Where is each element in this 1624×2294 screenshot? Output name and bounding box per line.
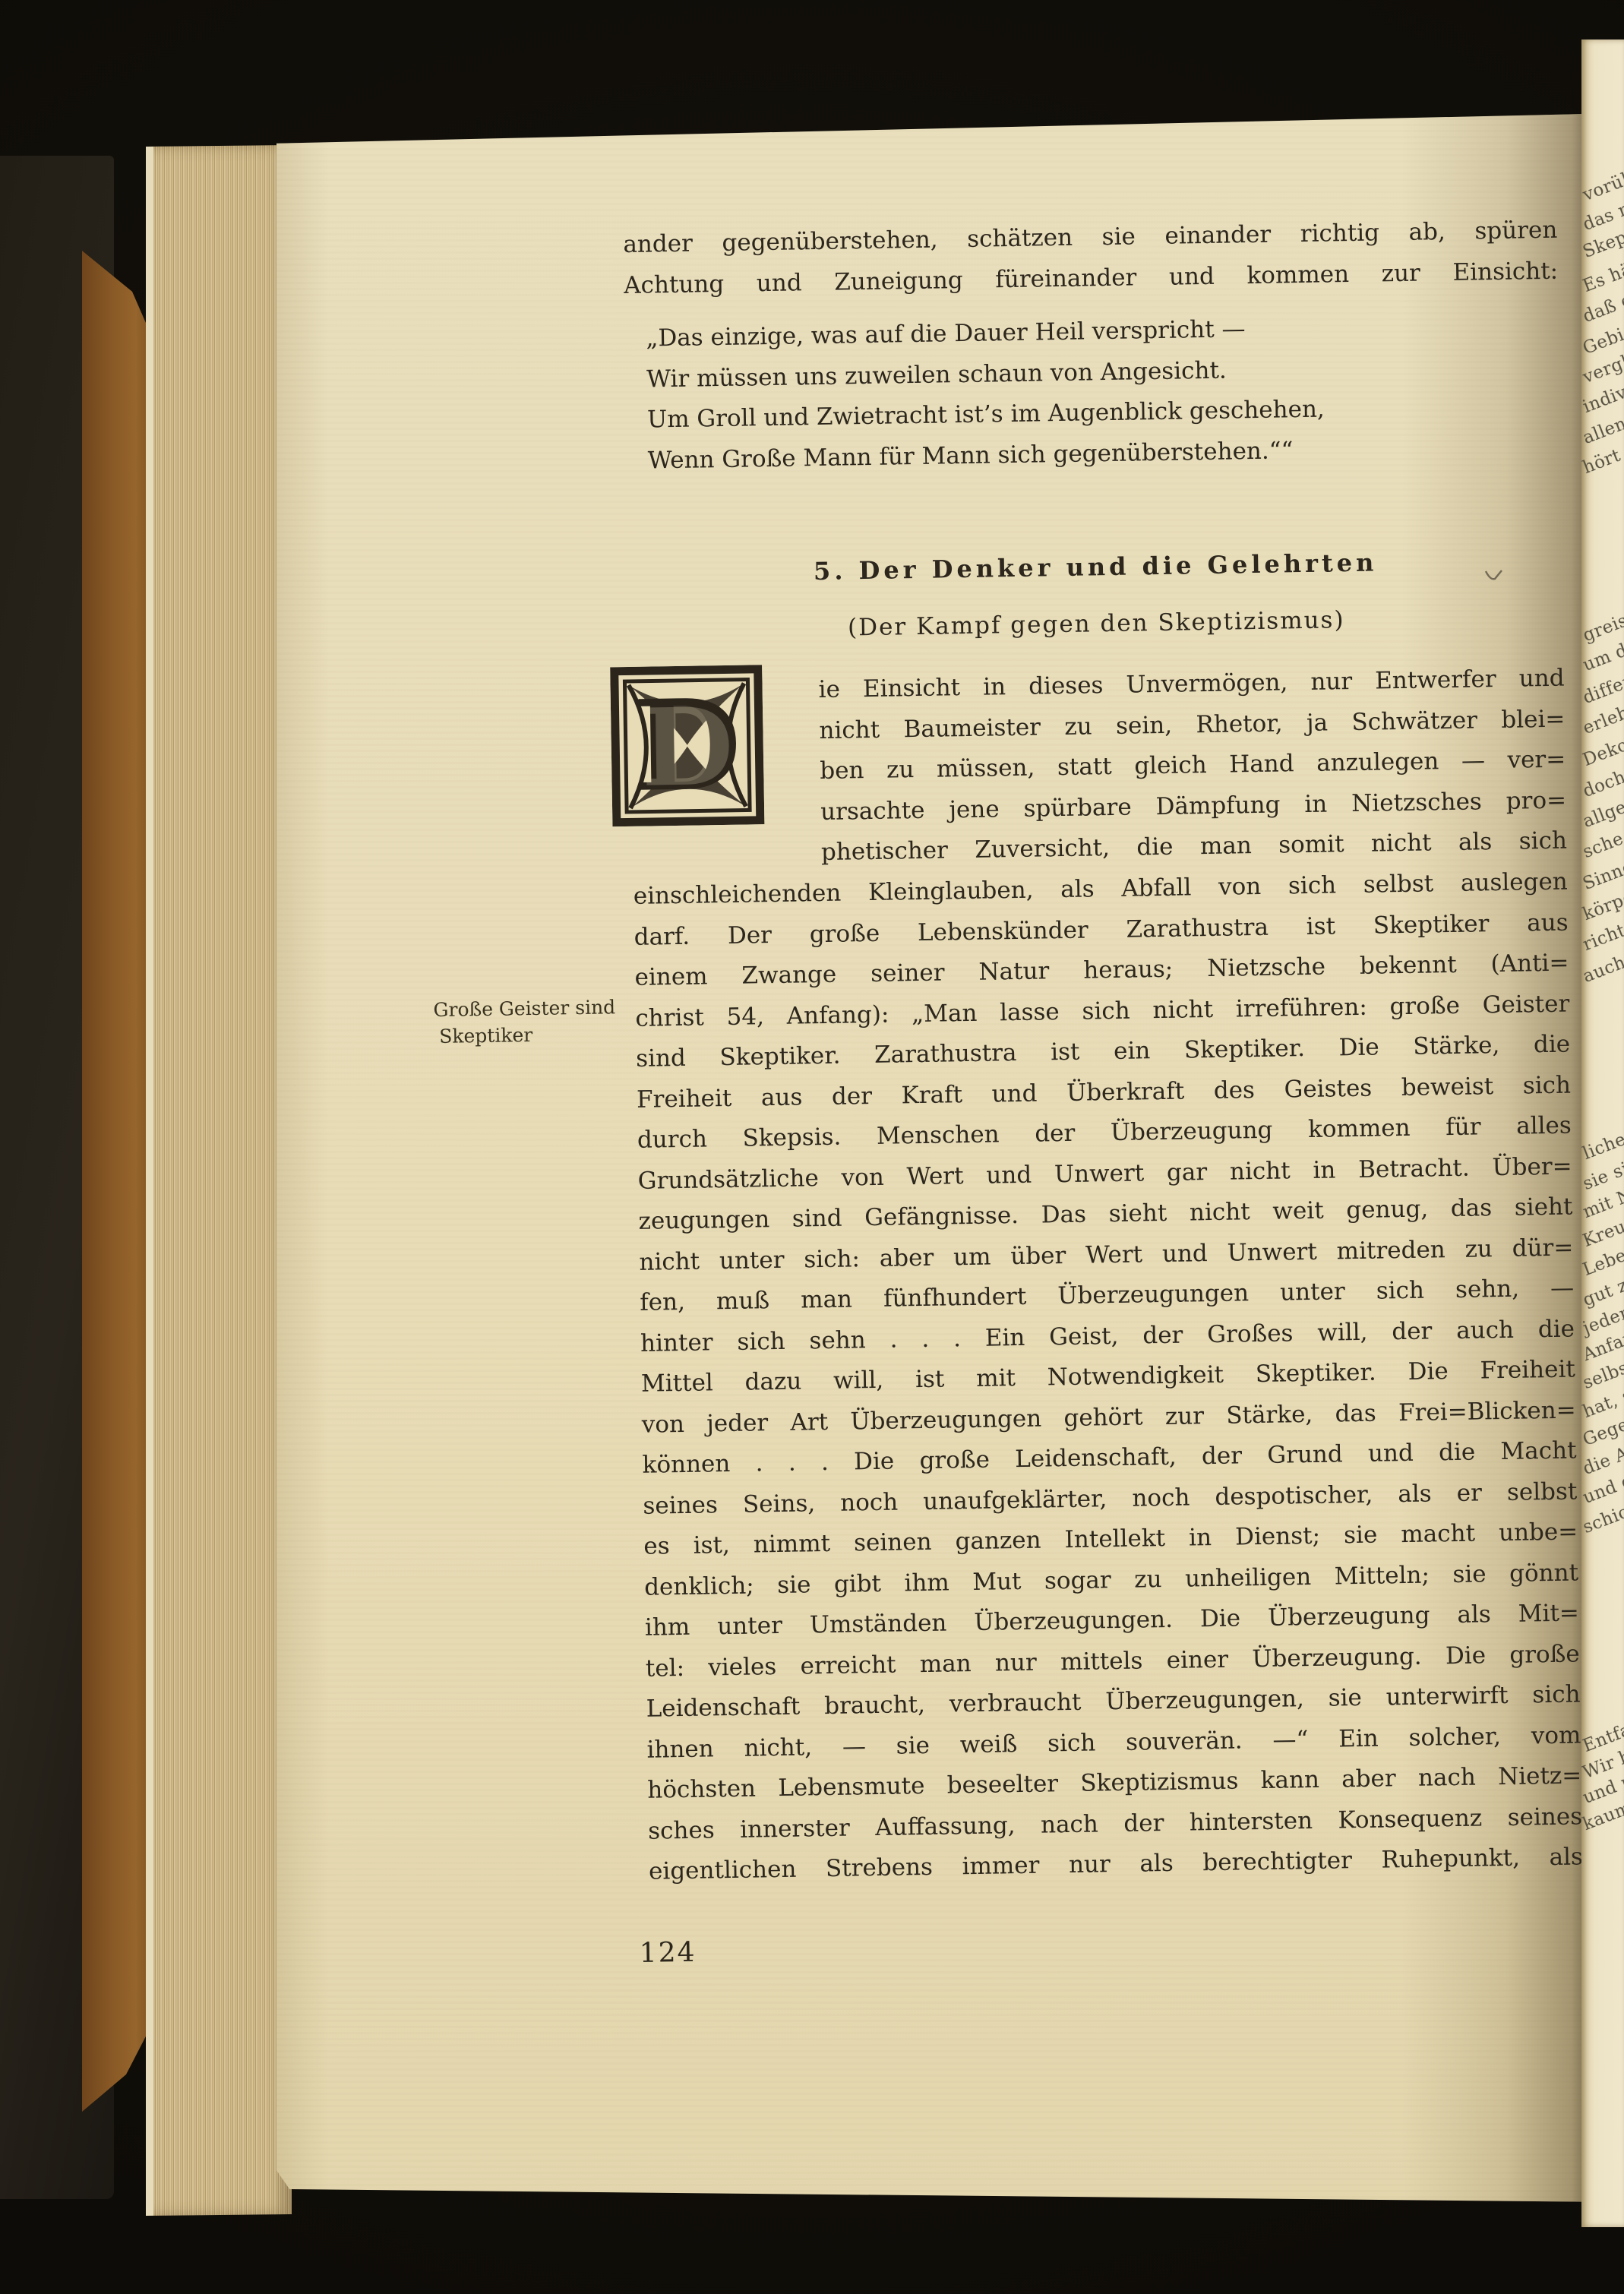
margin-note-line: Skeptiker [355, 1020, 616, 1051]
body-paragraph: einschleichenden Kleinglauben, als Abfal… [633, 862, 1583, 1893]
continuation-paragraph: ander gegenüberstehen, schätzen sie eina… [623, 210, 1559, 306]
next-page-text-fragment: greise Glor [1581, 590, 1624, 646]
verse-quote: „Das einzige, was auf die Dauer Heil ver… [646, 305, 1537, 481]
next-page-text-fragment: liche Freun [1581, 1108, 1624, 1164]
drop-cap-paragraph: ie Einsicht in dieses Unvermögen, nur En… [630, 659, 1567, 877]
chapter-subheading: (Der Kampf gegen den Skeptizismus) [629, 603, 1563, 645]
page-edge-stack [146, 145, 292, 2216]
next-page-sliver: vorüberg das mitt Skeptizis Es hängt daß… [1581, 39, 1624, 2227]
chapter-heading: 5. Der Denker und die Gelehrten [628, 545, 1562, 589]
margin-note-line: Große Geister sind [355, 994, 616, 1024]
page-text-block: ander gegenüberstehen, schätzen sie eina… [623, 210, 1588, 2169]
margin-note: Große Geister sind Skeptiker [355, 994, 616, 1051]
leather-spine [79, 251, 155, 2112]
page-number: 124 [639, 1937, 696, 1969]
next-page-text-fragment: Entfaltung [1581, 1703, 1624, 1757]
next-page-text-fragment: vorüberg [1581, 156, 1624, 205]
